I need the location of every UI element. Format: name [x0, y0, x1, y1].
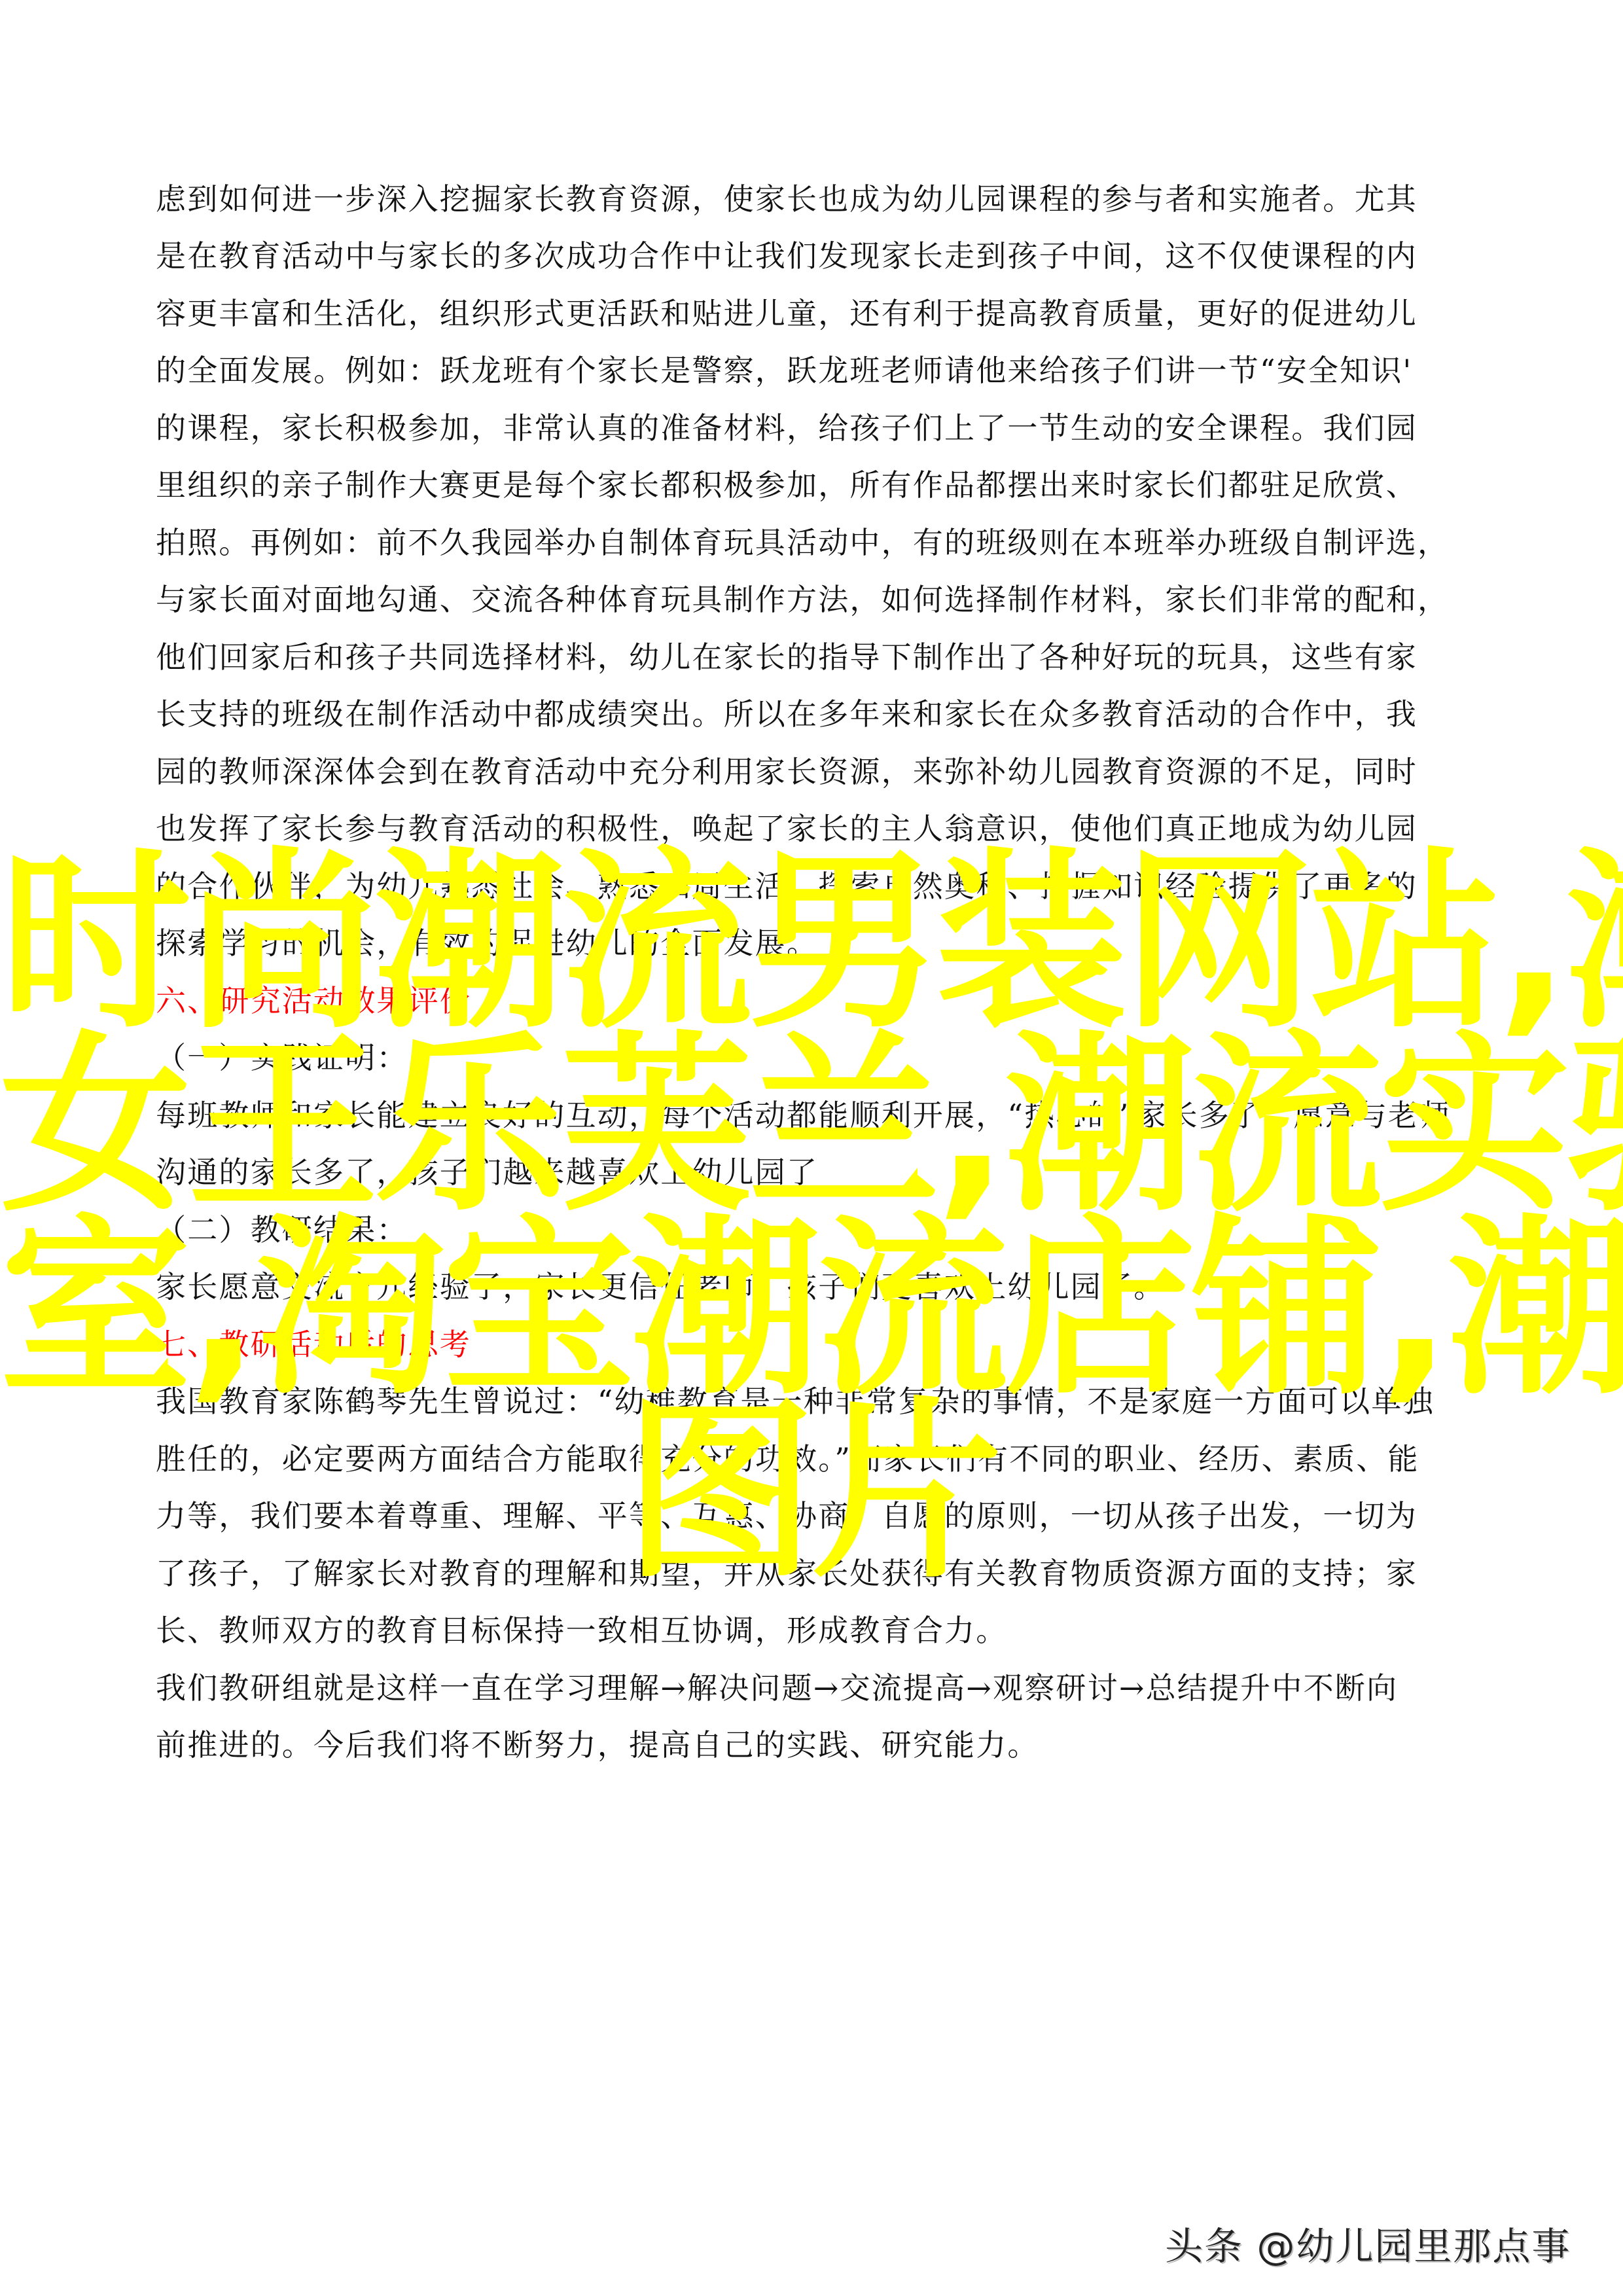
text-line: 与家长面对面地勾通、交流各种体育玩具制作方法，如何选择制作材料，家长们非常的配和… [156, 581, 1504, 618]
text-line: 了孩子，了解家长对教育的理解和期望，并从家长处获得有关教育物质资源方面的支持；家 [156, 1555, 1504, 1592]
text-line: 园的教师深深体会到在教育活动中充分利用家长资源，来弥补幼儿园教育资源的不足，同时 [156, 753, 1504, 790]
text-line: 里组织的亲子制作大赛更是每个家长都积极参加，所有作品都摆出来时家长们都驻足欣赏、 [156, 467, 1504, 503]
text-line: 容更丰富和生活化，组织形式更活跃和贴进儿童，还有利于提高教育质量，更好的促进幼儿 [156, 295, 1504, 332]
subsection-heading: （二）教研结果： [156, 1211, 1504, 1248]
text-line: 家长愿意交流育儿经验了，家长更信任老师，孩子们更喜欢上幼儿园了。 [156, 1268, 1504, 1305]
subsection-heading: （一）实践证明： [156, 1039, 1504, 1076]
text-line: 前推进的。今后我们将不断努力，提高自己的实践、研究能力。 [156, 1727, 1504, 1763]
text-line: 是在教育活动中与家长的多次成功合作中让我们发现家长走到孩子中间，这不仅使课程的内 [156, 238, 1504, 274]
text-line: 我们教研组就是这样一直在学习理解→解决问题→交流提高→观察研讨→总结提升中不断向 [156, 1670, 1504, 1706]
text-line: 每班教师和家长能建立良好的互动，每个活动都能顺利开展，“热心的”家长多了，愿意与… [156, 1097, 1504, 1134]
text-line: 的全面发展。例如：跃龙班有个家长是警察，跃龙班老师请他来给孩子们讲一节“安全知识… [156, 352, 1504, 389]
text-line: 长支持的班级在制作活动中都成绩突出。所以在多年来和家长在众多教育活动的合作中，我 [156, 696, 1504, 732]
source-watermark: 头条 @幼儿园里那点事 [1165, 2215, 1571, 2270]
section-heading: 七、教研活动后的思考 [156, 1326, 1504, 1363]
text-line: 拍照。再例如：前不久我园举办自制体育玩具活动中，有的班级则在本班举办班级自制评选… [156, 524, 1504, 561]
text-line: 的合作伙伴，为幼儿熟悉社会、熟悉四周生活、探索自然奥秘、把握知识经验提供了更多的 [156, 868, 1504, 905]
text-line: 他们回家后和孩子共同选择材料，幼儿在家长的指导下制作出了各种好玩的玩具，这些有家 [156, 639, 1504, 675]
text-line: 我国教育家陈鹤琴先生曾说过：“幼稚教育是一种非常复杂的事情，不是家庭一方面可以单… [156, 1383, 1504, 1420]
text-line: 胜任的，必定要两方面结合方能取得充分的功效。”而家长们有不同的职业、经历、素质、… [156, 1441, 1504, 1477]
text-line: 长、教师双方的教育目标保持一致相互协调，形成教育合力。 [156, 1612, 1504, 1649]
text-line: 沟通的家长多了，孩子们越来越喜欢上幼儿园了 [156, 1154, 1504, 1191]
text-line: 探索学习的机会，有效的促进幼儿的全面发展。 [156, 925, 1504, 961]
text-line: 力等，我们要本着尊重、理解、平等、互惠、协商、自愿的原则，一切从孩子出发，一切为 [156, 1498, 1504, 1534]
text-line: 的课程，家长积极参加，非常认真的准备材料，给孩子们上了一节生动的安全课程。我们园 [156, 410, 1504, 446]
document-page: 虑到如何进一步深入挖掘家长教育资源，使家长也成为幼儿园课程的参与者和实施者。尤其… [0, 0, 1623, 2296]
section-heading: 六、研究活动效果评价 [156, 982, 1504, 1019]
text-line: 虑到如何进一步深入挖掘家长教育资源，使家长也成为幼儿园课程的参与者和实施者。尤其 [156, 181, 1504, 217]
text-line: 也发挥了家长参与教育活动的积极性，唤起了家长的主人翁意识，使他们真正地成为幼儿园 [156, 810, 1504, 847]
